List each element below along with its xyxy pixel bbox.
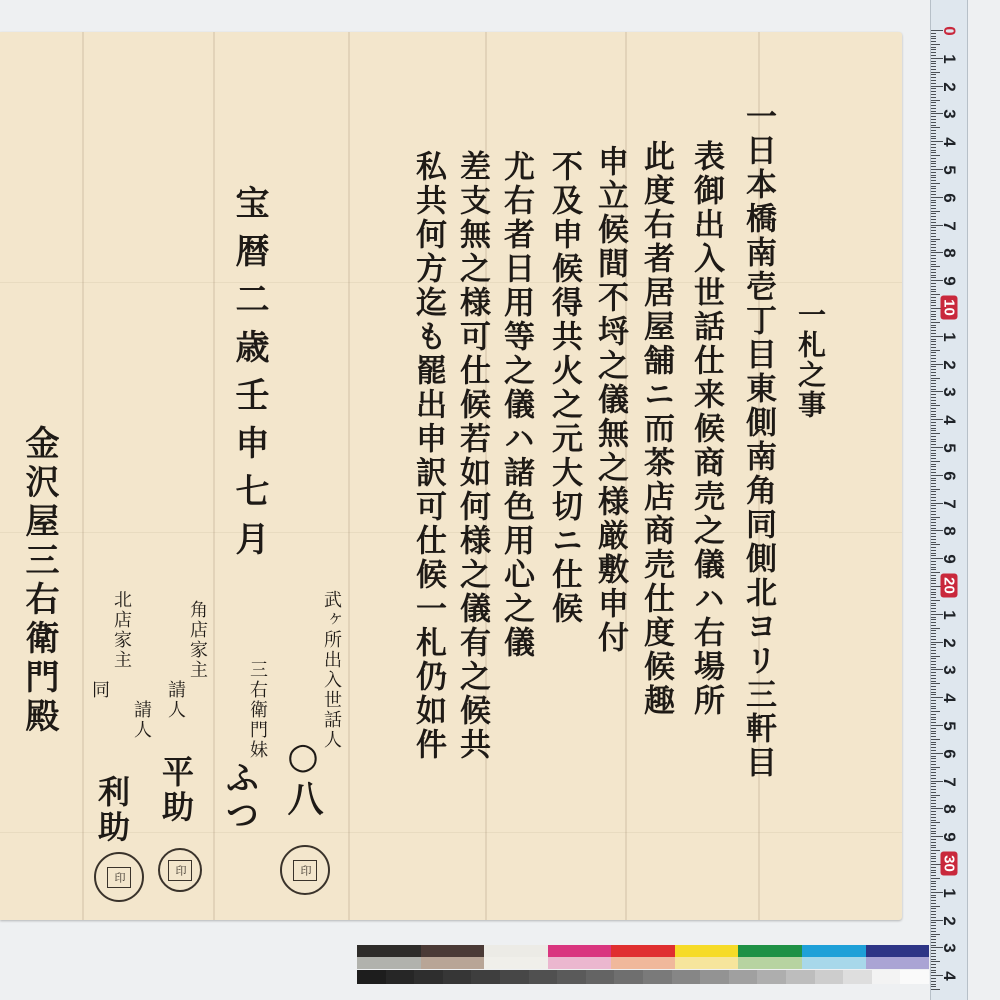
ruler-tick — [931, 316, 936, 317]
ruler-tick — [931, 950, 936, 951]
color-swatch — [786, 970, 815, 984]
ruler-tick — [931, 136, 936, 137]
ruler-tick — [931, 102, 936, 103]
ruler-label: 20 — [941, 574, 958, 598]
ruler-tick — [931, 38, 936, 39]
ruler-tick — [931, 453, 936, 454]
color-swatch — [548, 957, 612, 969]
ruler-tick — [931, 94, 936, 95]
ruler-tick — [931, 216, 936, 217]
ruler-tick — [931, 722, 936, 723]
ruler-tick — [931, 769, 936, 770]
ruler-tick — [931, 861, 936, 862]
ruler-tick — [931, 200, 936, 201]
ruler-tick — [931, 872, 936, 873]
ruler-label: 3 — [939, 658, 959, 682]
ruler-tick — [931, 845, 936, 846]
color-swatch — [500, 970, 529, 984]
ruler-tick — [931, 469, 936, 470]
ruler-tick — [931, 528, 936, 529]
ruler-tick — [931, 811, 936, 812]
ruler-label: 2 — [939, 75, 959, 99]
color-swatch — [484, 957, 548, 969]
ruler-tick — [931, 886, 936, 887]
ruler-tick — [931, 806, 936, 807]
ruler-label: 2 — [939, 353, 959, 377]
ruler-tick — [931, 522, 936, 523]
ruler-tick — [931, 191, 936, 192]
ruler-tick — [931, 291, 936, 292]
ruler-tick — [931, 981, 936, 982]
ruler-tick — [931, 850, 940, 851]
ruler-tick — [931, 875, 936, 876]
ruler-tick — [931, 525, 936, 526]
ruler-tick — [931, 664, 936, 665]
ruler-tick — [931, 617, 936, 618]
ruler-tick — [931, 536, 936, 537]
fold-line — [213, 32, 215, 920]
ruler-tick — [931, 517, 940, 518]
ruler-tick — [931, 756, 936, 757]
ruler-tick — [931, 433, 940, 434]
ruler-tick — [931, 678, 936, 679]
ruler-tick — [931, 130, 936, 131]
ruler-tick — [931, 500, 936, 501]
ruler-tick — [931, 600, 940, 601]
ruler-tick — [931, 553, 936, 554]
ruler-tick — [931, 711, 940, 712]
signatory-prefix-4: 同 — [90, 680, 108, 700]
ruler-tick — [931, 383, 936, 384]
ruler-tick — [931, 403, 936, 404]
ruler-tick — [931, 928, 936, 929]
ruler-tick — [931, 405, 940, 406]
ruler-tick — [931, 797, 936, 798]
body-column-3: 此度右者居屋舗ニ而茶店商売仕度候趣 — [640, 140, 671, 718]
ruler-tick — [931, 686, 936, 687]
ruler-tick — [931, 567, 936, 568]
ruler-label: 3 — [939, 102, 959, 126]
ruler-tick — [931, 422, 936, 423]
ruler-tick — [931, 133, 936, 134]
ruler-tick — [931, 255, 936, 256]
ruler-tick — [931, 630, 936, 631]
ruler-tick — [931, 644, 936, 645]
signatory-name-3: 平助 — [160, 755, 192, 825]
color-swatch — [414, 970, 443, 984]
ruler-tick — [931, 478, 936, 479]
ruler-tick — [931, 984, 936, 985]
ruler-tick — [931, 897, 936, 898]
ruler-tick — [931, 736, 936, 737]
ruler-label: 10 — [941, 296, 958, 320]
color-swatch — [643, 970, 672, 984]
ruler-tick — [931, 341, 936, 342]
ruler-label: 3 — [939, 936, 959, 960]
ruler-tick — [931, 564, 936, 565]
crease — [0, 832, 902, 833]
ruler-tick — [931, 425, 936, 426]
ruler-tick — [931, 733, 936, 734]
ruler-label: 6 — [939, 186, 959, 210]
ruler-tick — [931, 542, 936, 543]
ruler-tick — [931, 83, 936, 84]
ruler-tick — [931, 266, 940, 267]
ruler-tick — [931, 466, 936, 467]
ruler-tick — [931, 119, 936, 120]
ruler-tick — [931, 202, 936, 203]
ruler-tick — [931, 122, 936, 123]
ruler-tick — [931, 61, 936, 62]
ruler-label: 7 — [939, 214, 959, 238]
ruler-tick — [931, 956, 936, 957]
signatory-name-4: 利助 — [96, 775, 128, 845]
ruler-tick — [931, 361, 936, 362]
ruler-label: 9 — [939, 825, 959, 849]
body-column-1: 一日本橋南壱丁目東側南角同側北ヨリ三軒目 — [742, 100, 773, 780]
ruler-tick — [931, 822, 940, 823]
color-swatch — [700, 970, 729, 984]
ruler-tick — [931, 55, 936, 56]
color-swatch — [757, 970, 786, 984]
ruler-tick — [931, 967, 936, 968]
ruler-tick — [931, 311, 936, 312]
ruler-tick — [931, 989, 940, 990]
color-swatch — [357, 957, 421, 969]
ruler-tick — [931, 461, 940, 462]
signatory-role-4: 請人 — [132, 700, 150, 740]
ruler-tick — [931, 717, 936, 718]
ruler-label: 6 — [939, 742, 959, 766]
ruler-tick — [931, 211, 940, 212]
ruler-tick — [931, 44, 940, 45]
ruler-tick — [931, 464, 936, 465]
ruler-tick — [931, 172, 936, 173]
ruler-tick — [931, 489, 940, 490]
color-chart-mid-row — [357, 957, 929, 969]
color-swatch — [484, 945, 548, 957]
color-swatch — [866, 957, 930, 969]
ruler-tick — [931, 150, 936, 151]
ruler-tick — [931, 441, 936, 442]
ruler-tick — [931, 175, 936, 176]
ruler-tick — [931, 74, 936, 75]
ruler-tick — [931, 277, 936, 278]
ruler-tick — [931, 789, 936, 790]
ruler-tick — [931, 222, 936, 223]
ruler-tick — [931, 547, 936, 548]
ruler-tick — [931, 100, 940, 101]
color-swatch — [614, 970, 643, 984]
ruler-tick — [931, 380, 936, 381]
ruler-tick — [931, 116, 936, 117]
ruler-label: 1 — [939, 325, 959, 349]
ruler-tick — [931, 792, 936, 793]
ruler-tick — [931, 936, 936, 937]
ruler-tick — [931, 416, 936, 417]
ruler-tick — [931, 188, 936, 189]
color-swatch — [802, 957, 866, 969]
ruler-tick — [931, 36, 936, 37]
ruler-tick — [931, 300, 936, 301]
ruler-tick — [931, 883, 936, 884]
ruler-tick — [931, 519, 936, 520]
ruler-tick — [931, 302, 936, 303]
color-swatch — [611, 957, 675, 969]
ruler-tick — [931, 964, 936, 965]
color-swatch — [421, 945, 485, 957]
document-heading: 一札之事 — [796, 300, 824, 550]
color-swatch — [815, 970, 844, 984]
ruler-tick — [931, 858, 936, 859]
ruler-tick — [931, 41, 936, 42]
ruler-tick — [931, 161, 936, 162]
ruler-tick — [931, 144, 936, 145]
ruler-tick — [931, 870, 936, 871]
ruler-tick — [931, 166, 936, 167]
ruler-label: 5 — [939, 714, 959, 738]
ruler-tick — [931, 386, 936, 387]
ruler-tick — [931, 653, 936, 654]
ruler-tick — [931, 327, 936, 328]
ruler-tick — [931, 592, 936, 593]
ruler-tick — [931, 111, 936, 112]
ruler-tick — [931, 692, 936, 693]
ruler-tick — [931, 825, 936, 826]
color-swatch — [529, 970, 558, 984]
ruler-tick — [931, 450, 936, 451]
ruler-tick — [931, 555, 936, 556]
ruler-tick — [931, 108, 936, 109]
ruler-label: 1 — [939, 881, 959, 905]
ruler-label: 8 — [939, 797, 959, 821]
ruler-tick — [931, 633, 936, 634]
ruler-tick — [931, 272, 936, 273]
ruler-tick — [931, 428, 936, 429]
ruler-tick — [931, 622, 936, 623]
ruler-tick — [931, 942, 936, 943]
ruler-label: 6 — [939, 464, 959, 488]
measuring-ruler: 01234567891012345678920123456789301234 — [930, 0, 968, 1000]
ruler-tick — [931, 772, 936, 773]
ruler-tick — [931, 239, 940, 240]
ruler-tick — [931, 550, 936, 551]
ruler-tick — [931, 352, 936, 353]
ruler-tick — [931, 378, 940, 379]
signatory-note-3: 角店家主 — [188, 600, 206, 680]
ruler-tick — [931, 258, 936, 259]
fold-line — [348, 32, 350, 920]
ruler-tick — [931, 77, 936, 78]
ruler-tick — [931, 344, 936, 345]
ruler-tick — [931, 105, 936, 106]
ruler-tick — [931, 747, 936, 748]
ruler-tick — [931, 650, 936, 651]
ruler-tick — [931, 180, 936, 181]
ruler-tick — [931, 906, 940, 907]
ruler-tick — [931, 491, 936, 492]
ruler-tick — [931, 63, 936, 64]
signatory-name-2: ふつ — [222, 760, 256, 834]
seal-icon: 印 — [94, 852, 144, 902]
ruler-tick — [931, 961, 940, 962]
ruler-tick — [931, 625, 936, 626]
ruler-tick — [931, 394, 936, 395]
ruler-label: 4 — [939, 408, 959, 432]
ruler-tick — [931, 689, 936, 690]
color-swatch — [738, 957, 802, 969]
ruler-tick — [931, 628, 940, 629]
ruler-tick — [931, 575, 936, 576]
ruler-tick — [931, 158, 936, 159]
ruler-tick — [931, 314, 936, 315]
ruler-tick — [931, 703, 936, 704]
ruler-tick — [931, 639, 936, 640]
ruler-tick — [931, 400, 936, 401]
body-column-2: 表御出入世話仕来候商売之儀ハ右場所 — [690, 140, 721, 718]
ruler-tick — [931, 764, 936, 765]
ruler-label: 2 — [939, 909, 959, 933]
ruler-tick — [931, 700, 936, 701]
ruler-tick — [931, 147, 936, 148]
ruler-tick — [931, 91, 936, 92]
ruler-tick — [931, 731, 936, 732]
ruler-tick — [931, 842, 936, 843]
signatory-name-1: ○八 — [285, 735, 321, 819]
color-swatch — [557, 970, 586, 984]
ruler-tick — [931, 544, 940, 545]
ruler-tick — [931, 194, 936, 195]
ruler-tick — [931, 867, 936, 868]
ruler-tick — [931, 803, 936, 804]
ruler-tick — [931, 744, 936, 745]
ruler-tick — [931, 269, 936, 270]
ruler-tick — [931, 497, 936, 498]
color-swatch — [611, 945, 675, 957]
ruler-tick — [931, 742, 936, 743]
ruler-tick — [931, 213, 936, 214]
ruler-tick — [931, 758, 936, 759]
ruler-tick — [931, 795, 940, 796]
body-column-8: 私共何方迄も罷出申訳可仕候一札仍如件 — [412, 150, 443, 762]
color-swatch — [421, 957, 485, 969]
fold-line — [82, 32, 84, 920]
ruler-tick — [931, 959, 936, 960]
ruler-tick — [931, 369, 936, 370]
color-swatch — [586, 970, 615, 984]
ruler-tick — [931, 778, 936, 779]
ruler-tick — [931, 681, 936, 682]
ruler-tick — [931, 372, 936, 373]
ruler-tick — [931, 286, 936, 287]
ruler-tick — [931, 230, 936, 231]
body-column-7: 差支無之様可仕候若如何様之儀有之候共 — [456, 150, 487, 762]
ruler-tick — [931, 714, 936, 715]
ruler-tick — [931, 925, 936, 926]
ruler-tick — [931, 241, 936, 242]
ruler-label: 5 — [939, 436, 959, 460]
ruler-tick — [931, 903, 936, 904]
ruler-tick — [931, 900, 936, 901]
ruler-label: 1 — [939, 47, 959, 71]
ruler-tick — [931, 305, 936, 306]
ruler-tick — [931, 33, 936, 34]
ruler-tick — [931, 800, 936, 801]
ruler-tick — [931, 69, 936, 70]
ruler-tick — [931, 636, 936, 637]
ruler-tick — [931, 436, 936, 437]
ruler-tick — [931, 458, 936, 459]
ruler-tick — [931, 350, 940, 351]
addressee: 金沢屋三右衛門殿 — [22, 425, 56, 737]
ruler-tick — [931, 820, 936, 821]
color-swatch — [675, 957, 739, 969]
ruler-tick — [931, 831, 936, 832]
ruler-tick — [931, 508, 936, 509]
ruler-tick — [931, 611, 936, 612]
ruler-tick — [931, 708, 936, 709]
ruler-tick — [931, 297, 936, 298]
ruler-tick — [931, 572, 940, 573]
ruler-tick — [931, 261, 936, 262]
ruler-tick — [931, 661, 936, 662]
ruler-tick — [931, 683, 940, 684]
ruler-tick — [931, 658, 936, 659]
color-swatch — [729, 970, 758, 984]
ruler-tick — [931, 219, 936, 220]
ruler-tick — [931, 972, 936, 973]
ruler-tick — [931, 397, 936, 398]
ruler-tick — [931, 389, 936, 390]
ruler-tick — [931, 945, 936, 946]
ruler-tick — [931, 939, 936, 940]
ruler-tick — [931, 322, 940, 323]
ruler-tick — [931, 750, 936, 751]
ruler-tick — [931, 250, 936, 251]
ruler-tick — [931, 275, 936, 276]
ruler-tick — [931, 828, 936, 829]
ruler-tick — [931, 667, 936, 668]
ruler-tick — [931, 358, 936, 359]
ruler-tick — [931, 739, 940, 740]
ruler-label: 4 — [939, 686, 959, 710]
color-swatch — [548, 945, 612, 957]
ruler-label: 5 — [939, 158, 959, 182]
ruler-tick — [931, 589, 936, 590]
ruler-tick — [931, 455, 936, 456]
ruler-tick — [931, 911, 936, 912]
ruler-tick — [931, 511, 936, 512]
signatory-note-4: 北店家主 — [112, 590, 130, 670]
ruler-tick — [931, 152, 936, 153]
ruler-tick — [931, 583, 936, 584]
color-swatch — [471, 970, 500, 984]
ruler-tick — [931, 728, 936, 729]
ruler-tick — [931, 430, 936, 431]
ruler-tick — [931, 706, 936, 707]
color-swatch — [843, 970, 872, 984]
color-swatch — [386, 970, 415, 984]
ruler-tick — [931, 647, 936, 648]
ruler-label: 7 — [939, 492, 959, 516]
color-swatch — [357, 945, 421, 957]
ruler-tick — [931, 80, 936, 81]
color-chart-top-row — [357, 945, 929, 957]
ruler-tick — [931, 603, 936, 604]
color-swatch — [443, 970, 472, 984]
ruler-tick — [931, 155, 940, 156]
body-column-5: 不及申候得共火之元大切ニ仕候 — [548, 150, 579, 626]
